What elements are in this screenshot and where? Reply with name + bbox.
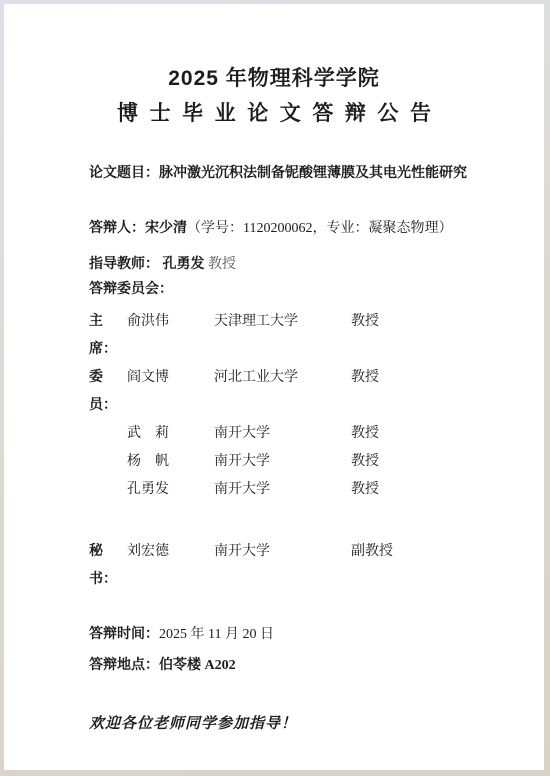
page-title-line1: 2025 年物理科学学院	[4, 66, 544, 92]
committee-member-name: 杨 帆	[127, 448, 214, 476]
committee-member-name: 俞洪伟	[127, 308, 214, 364]
committee-row-member: 武 莉 南开大学 教授	[89, 420, 504, 448]
committee-member-title: 教授	[351, 420, 504, 448]
thesis-title-value: 脉冲激光沉积法制备铌酸锂薄膜及其电光性能研究	[159, 166, 467, 181]
committee-member-affiliation: 南开大学	[214, 476, 351, 504]
thesis-title-label: 论文题目：	[89, 166, 159, 181]
committee-member-affiliation: 南开大学	[214, 448, 351, 476]
closing-note: 欢迎各位老师同学参加指导！	[89, 714, 504, 734]
committee-member-affiliation: 河北工业大学	[214, 364, 351, 420]
defense-location-label: 答辩地点：	[89, 658, 159, 673]
committee-member-affiliation: 天津理工大学	[214, 308, 351, 364]
committee-member-title: 教授	[351, 476, 504, 504]
defender-label: 答辩人：	[89, 221, 145, 236]
thesis-title-row: 论文题目：脉冲激光沉积法制备铌酸锂薄膜及其电光性能研究	[89, 164, 504, 184]
defense-time-value: 2025 年 11 月 20 日	[159, 627, 274, 642]
committee-role-label	[89, 476, 127, 504]
secretary-row: 秘书： 刘宏德 南开大学 副教授	[89, 538, 504, 594]
page-title-line2: 博士毕业论文答辩公告	[4, 101, 544, 127]
committee-member-name: 武 莉	[127, 420, 214, 448]
committee-member-name: 阎文博	[127, 364, 214, 420]
secretary-affiliation: 南开大学	[214, 538, 351, 594]
committee-row-member: 杨 帆 南开大学 教授	[89, 448, 504, 476]
defense-location-row: 答辩地点：伯苓楼 A202	[89, 656, 504, 676]
document-page: 2025 年物理科学学院 博士毕业论文答辩公告 论文题目：脉冲激光沉积法制备铌酸…	[4, 4, 544, 770]
committee-heading: 答辩委员会：	[89, 280, 504, 300]
defender-name: 宋少清	[145, 221, 187, 236]
committee-row-chair: 主席： 俞洪伟 天津理工大学 教授	[89, 308, 504, 364]
secretary-role-label: 秘书：	[89, 538, 127, 594]
advisor-row: 指导教师： 孔勇发 教授	[89, 255, 504, 275]
advisor-label: 指导教师：	[89, 257, 159, 272]
defense-time-label: 答辩时间：	[89, 627, 159, 642]
committee-row-member: 委员： 阎文博 河北工业大学 教授	[89, 364, 504, 420]
announcement-content: 2025 年物理科学学院 博士毕业论文答辩公告 论文题目：脉冲激光沉积法制备铌酸…	[4, 4, 544, 734]
secretary-name: 刘宏德	[127, 538, 214, 594]
committee-member-affiliation: 南开大学	[214, 420, 351, 448]
committee-role-label	[89, 448, 127, 476]
committee-table: 主席： 俞洪伟 天津理工大学 教授 委员： 阎文博 河北工业大学 教授 武 莉 …	[4, 308, 544, 594]
committee-member-title: 教授	[351, 448, 504, 476]
secretary-title: 副教授	[351, 538, 504, 594]
committee-member-name: 孔勇发	[127, 476, 214, 504]
defender-row: 答辩人：宋少清（学号：1120200062，专业：凝聚态物理）	[89, 219, 504, 239]
committee-role-label: 委员：	[89, 364, 127, 420]
committee-member-title: 教授	[351, 308, 504, 364]
committee-row-member: 孔勇发 南开大学 教授	[89, 476, 504, 504]
committee-role-label: 主席：	[89, 308, 127, 364]
defender-detail: （学号：1120200062，专业：凝聚态物理）	[187, 221, 452, 236]
advisor-name: 孔勇发	[163, 257, 205, 272]
committee-role-label	[89, 420, 127, 448]
committee-member-title: 教授	[351, 364, 504, 420]
advisor-title: 教授	[208, 257, 236, 272]
defense-time-row: 答辩时间：2025 年 11 月 20 日	[89, 625, 504, 645]
defense-location-value: 伯苓楼 A202	[159, 658, 236, 673]
